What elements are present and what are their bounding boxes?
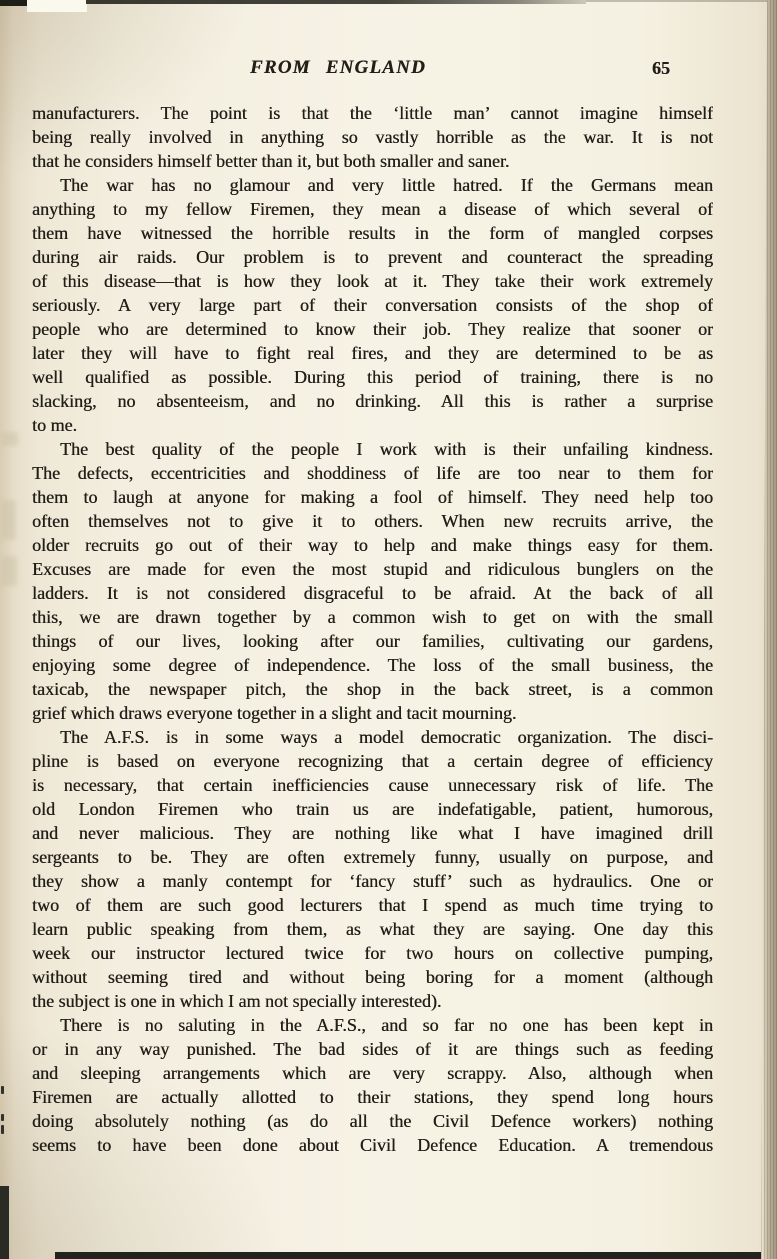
scan-edge-top-line-faint	[586, 0, 777, 2]
scan-mark	[1, 1086, 4, 1094]
text-line: things of our lives, looking after our f…	[32, 629, 713, 653]
text-line: being really involved in anything so vas…	[32, 125, 713, 149]
text-line: The war has no glamour and very little h…	[32, 173, 713, 197]
scan-edge-top-left	[0, 0, 27, 6]
text-line: week our instructor lectured twice for t…	[32, 941, 713, 965]
scanned-book-page: { "page": { "header": { "running_title":…	[0, 0, 777, 1259]
scan-glare-top	[27, 0, 87, 12]
text-line: the subject is one in which I am not spe…	[32, 989, 713, 1013]
text-line: doing absolutely nothing (as do all the …	[32, 1109, 713, 1133]
text-line: seems to have been done about Civil Defe…	[32, 1133, 713, 1157]
text-line: well qualified as possible. During this …	[32, 365, 713, 389]
text-line: and never malicious. They are nothing li…	[32, 821, 713, 845]
text-line: they show a manly contempt for ‘fancy st…	[32, 869, 713, 893]
scan-edge-bottom-left	[0, 1186, 9, 1259]
text-block: manufacturers. The point is that the ‘li…	[32, 101, 713, 1157]
text-line: is necessary, that certain inefficiencie…	[32, 773, 713, 797]
text-line: this, we are drawn together by a common …	[32, 605, 713, 629]
text-line: them have witnessed the horrible results…	[32, 221, 713, 245]
text-line: slacking, no absenteeism, and no drinkin…	[32, 389, 713, 413]
scan-mark	[1, 1125, 4, 1134]
text-line: people who are determined to know their …	[32, 317, 713, 341]
text-line: old London Firemen who train us are inde…	[32, 797, 713, 821]
text-line: older recruits go out of their way to he…	[32, 533, 713, 557]
text-line: Excuses are made for even the most stupi…	[32, 557, 713, 581]
text-line: learn public speaking from them, as what…	[32, 917, 713, 941]
text-line: enjoying some degree of independence. Th…	[32, 653, 713, 677]
text-line: without seeming tired and without being …	[32, 965, 713, 989]
text-line: seriously. A very large part of their co…	[32, 293, 713, 317]
text-line: The A.F.S. is in some ways a model democ…	[32, 725, 713, 749]
text-line: them to laugh at anyone for making a foo…	[32, 485, 713, 509]
text-line: two of them are such good lecturers that…	[32, 893, 713, 917]
text-line: There is no saluting in the A.F.S., and …	[32, 1013, 713, 1037]
text-line: manufacturers. The point is that the ‘li…	[32, 101, 713, 125]
running-title: FROM ENGLAND	[250, 57, 426, 79]
text-line: later they will have to fight real fires…	[32, 341, 713, 365]
text-line: and sleeping arrangements which are very…	[32, 1061, 713, 1085]
text-line: grief which draws everyone together in a…	[32, 701, 713, 725]
text-line: sergeants to be. They are often extremel…	[32, 845, 713, 869]
ink-bleed-ghost	[2, 500, 16, 540]
text-line: anything to my fellow Firemen, they mean…	[32, 197, 713, 221]
text-line: to me.	[32, 413, 713, 437]
text-line: or in any way punished. The bad sides of…	[32, 1037, 713, 1061]
text-line: of this disease—that is how they look at…	[32, 269, 713, 293]
scan-edge-top-line	[86, 0, 586, 4]
ink-bleed-ghost	[2, 432, 18, 446]
text-line: during air raids. Our problem is to prev…	[32, 245, 713, 269]
text-line: ladders. It is not considered disgracefu…	[32, 581, 713, 605]
text-line: often themselves not to give it to other…	[32, 509, 713, 533]
text-line: pline is based on everyone recognizing t…	[32, 749, 713, 773]
scan-mark	[1, 1114, 4, 1121]
book-page-edges	[761, 0, 777, 1259]
text-line: that he considers himself better than it…	[32, 149, 713, 173]
ink-bleed-ghost	[2, 556, 17, 586]
text-line: Firemen are actually allotted to their s…	[32, 1085, 713, 1109]
scan-edge-bottom	[55, 1252, 777, 1259]
text-line: taxicab, the newspaper pitch, the shop i…	[32, 677, 713, 701]
page-number: 65	[652, 58, 670, 79]
text-line: The defects, eccentricities and shoddine…	[32, 461, 713, 485]
text-line: The best quality of the people I work wi…	[32, 437, 713, 461]
